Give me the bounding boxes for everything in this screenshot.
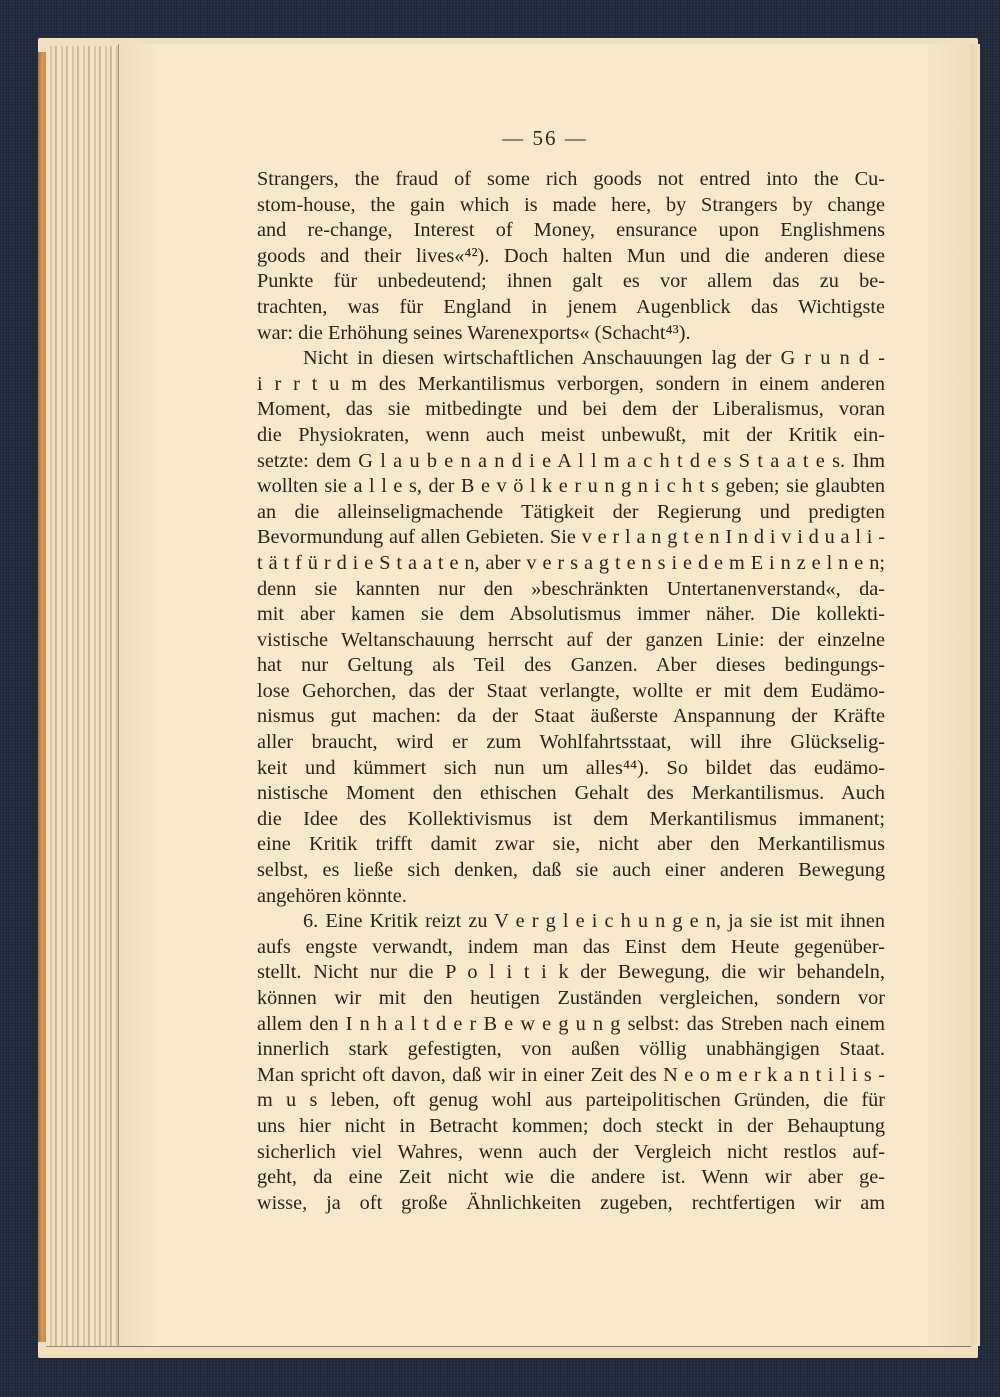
text-line: lose Gehorchen, das der Staat verlangte,… <box>257 679 885 705</box>
text-line: Nicht in diesen wirtschaftlichen Anschau… <box>257 346 885 372</box>
text-line: setzte: dem G l a u b e n a n d i e A l … <box>257 449 885 475</box>
page-number: — 56 — <box>119 126 971 151</box>
text-line: aufs engste verwandt, indem man das Eins… <box>257 935 885 961</box>
text-line: Bevormundung auf allen Gebieten. Sie v e… <box>257 525 885 551</box>
text-line: 6. Eine Kritik reizt zu V e r g l e i c … <box>257 909 885 935</box>
body-text: Strangers, the fraud of some rich goods … <box>257 167 885 1216</box>
text-line: angehören könnte. <box>257 884 885 910</box>
text-line: goods and their lives«⁴²). Doch halten M… <box>257 244 885 270</box>
text-line: vistische Weltanschauung herrscht auf de… <box>257 628 885 654</box>
text-line: m u s leben, oft genug wohl aus parteipo… <box>257 1088 885 1114</box>
text-line: t ä t f ü r d i e S t a a t e n, aber v … <box>257 551 885 577</box>
text-line: Man spricht oft davon, daß wir in einer … <box>257 1063 885 1089</box>
text-line: keit und kümmert sich nun um alles⁴⁴). S… <box>257 756 885 782</box>
text-line: innerlich stark gefestigten, von außen v… <box>257 1037 885 1063</box>
text-line: war: die Erhöhung seines Warenexports« (… <box>257 321 885 347</box>
text-line: die Physiokraten, wenn auch meist unbewu… <box>257 423 885 449</box>
text-line: geht, da eine Zeit nicht wie die andere … <box>257 1165 885 1191</box>
text-line: eine Kritik trifft damit zwar sie, nicht… <box>257 832 885 858</box>
text-line: uns hier nicht in Betracht kommen; doch … <box>257 1114 885 1140</box>
text-line: trachten, was für England in jenem Augen… <box>257 295 885 321</box>
text-line: and re-change, Interest of Money, ensura… <box>257 218 885 244</box>
text-line: selbst, es ließe sich denken, daß sie au… <box>257 858 885 884</box>
text-line: an die alleinseligmachende Tätigkeit der… <box>257 500 885 526</box>
text-line: allem den I n h a l t d e r B e w e g u … <box>257 1012 885 1038</box>
text-line: hat nur Geltung als Teil des Ganzen. Abe… <box>257 653 885 679</box>
text-line: nistische Moment den ethischen Gehalt de… <box>257 781 885 807</box>
text-line: wisse, ja oft große Ähnlichkeiten zugebe… <box>257 1191 885 1217</box>
text-line: Moment, das sie mitbedingte und bei dem … <box>257 397 885 423</box>
page-stack-edges <box>46 46 121 1347</box>
text-line: nismus gut machen: da der Staat äußerste… <box>257 704 885 730</box>
text-line: Strangers, the fraud of some rich goods … <box>257 167 885 193</box>
text-line: stellt. Nicht nur die P o l i t i k der … <box>257 960 885 986</box>
text-line: sicherlich viel Wahres, wenn auch der Ve… <box>257 1140 885 1166</box>
text-line: i r r t u m des Merkantilismus verborgen… <box>257 372 885 398</box>
book-page: — 56 — Strangers, the fraud of some rich… <box>118 44 971 1347</box>
text-line: denn sie kannten nur den »beschränkten U… <box>257 577 885 603</box>
text-line: Punkte für unbedeutend; ihnen galt es vo… <box>257 269 885 295</box>
text-line: die Idee des Kollektivismus ist dem Merk… <box>257 807 885 833</box>
text-line: mit aber kamen sie dem Absolutismus imme… <box>257 602 885 628</box>
book-edge <box>38 52 46 1342</box>
text-line: aller braucht, wird er zum Wohlfahrtssta… <box>257 730 885 756</box>
text-line: stom-house, the gain which is made here,… <box>257 193 885 219</box>
text-line: können wir mit den heutigen Zuständen ve… <box>257 986 885 1012</box>
text-line: wollten sie a l l e s, der B e v ö l k e… <box>257 474 885 500</box>
